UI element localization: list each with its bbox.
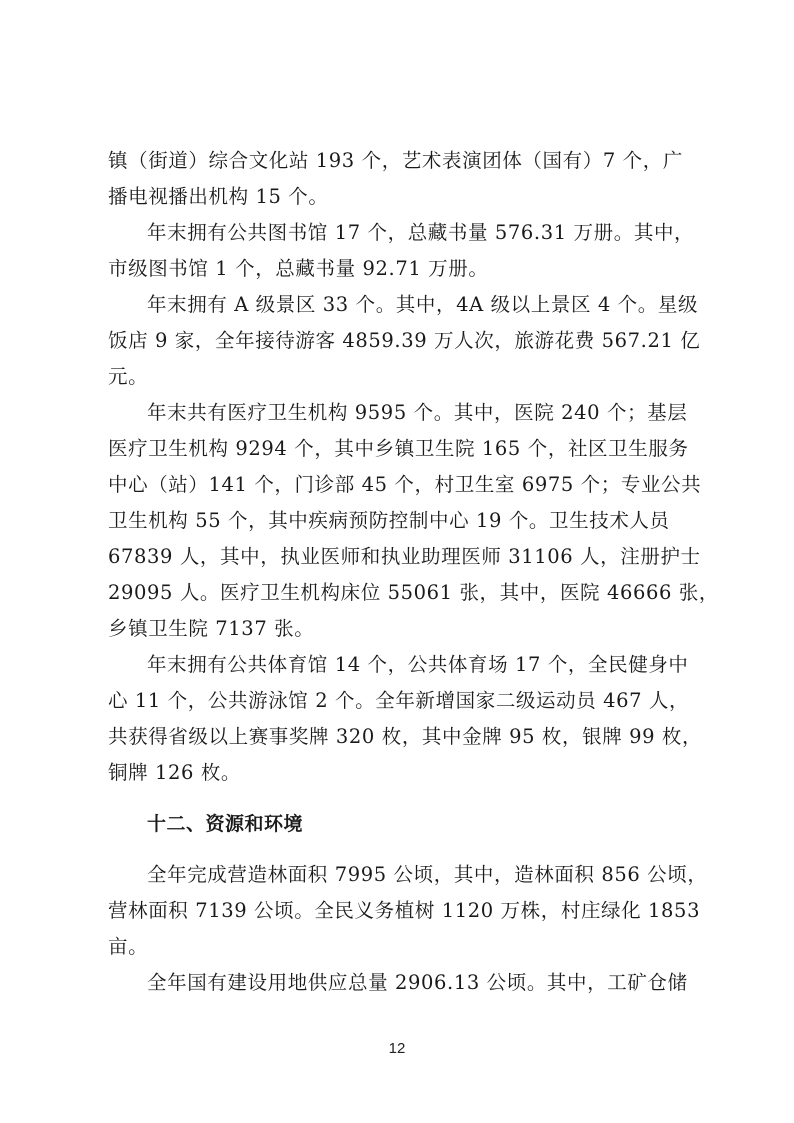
text-line: 卫生机构 55 个，其中疾病预防控制中心 19 个。卫生技术人员 [108,506,670,536]
text-line: 镇（街道）综合文化站 193 个，艺术表演团体（国有）7 个，广 [108,146,683,176]
text-line: 67839 人，其中，执业医师和执业助理医师 31106 人，注册护士 [108,542,701,572]
paragraph-library: 年末拥有公共图书馆 17 个，总藏书量 576.31 万册。其中， [147,218,694,248]
text-line: 市级图书馆 1 个，总藏书量 92.71 万册。 [108,254,488,284]
page-number: 12 [0,1040,794,1057]
text-line: 饭店 9 家，全年接待游客 4859.39 万人次，旅游花费 567.21 亿 [108,326,700,356]
text-line: 医疗卫生机构 9294 个，其中乡镇卫生院 165 个，社区卫生服务 [108,434,689,464]
text-line: 中心（站）141 个，门诊部 45 个，村卫生室 6975 个；专业公共 [108,470,701,500]
text-line: 营林面积 7139 公顷。全民义务植树 1120 万株，村庄绿化 1853 [108,896,700,926]
text-line: 亩。 [108,932,148,962]
section-heading: 十二、资源和环境 [147,809,303,839]
paragraph-forestry: 全年完成营造林面积 7995 公顷，其中，造林面积 856 公顷， [147,860,707,890]
paragraph-sports: 年末拥有公共体育馆 14 个，公共体育场 17 个，全民健身中 [147,650,689,680]
paragraph-land-supply: 全年国有建设用地供应总量 2906.13 公顷。其中，工矿仓储 [147,968,688,998]
text-line: 心 11 个，公共游泳馆 2 个。全年新增国家二级运动员 467 人， [108,686,689,716]
text-line: 播电视播出机构 15 个。 [108,182,329,212]
text-line: 乡镇卫生院 7137 张。 [108,614,314,644]
text-line: 共获得省级以上赛事奖牌 320 枚，其中金牌 95 枚，银牌 99 枚， [108,722,702,752]
text-line: 元。 [108,362,148,392]
paragraph-medical: 年末共有医疗卫生机构 9595 个。其中，医院 240 个；基层 [147,398,687,428]
paragraph-scenic: 年末拥有 A 级景区 33 个。其中，4A 级以上景区 4 个。星级 [147,290,698,320]
text-line: 铜牌 126 枚。 [108,758,241,788]
text-line: 29095 人。医疗卫生机构床位 55061 张，其中，医院 46666 张， [108,578,719,608]
